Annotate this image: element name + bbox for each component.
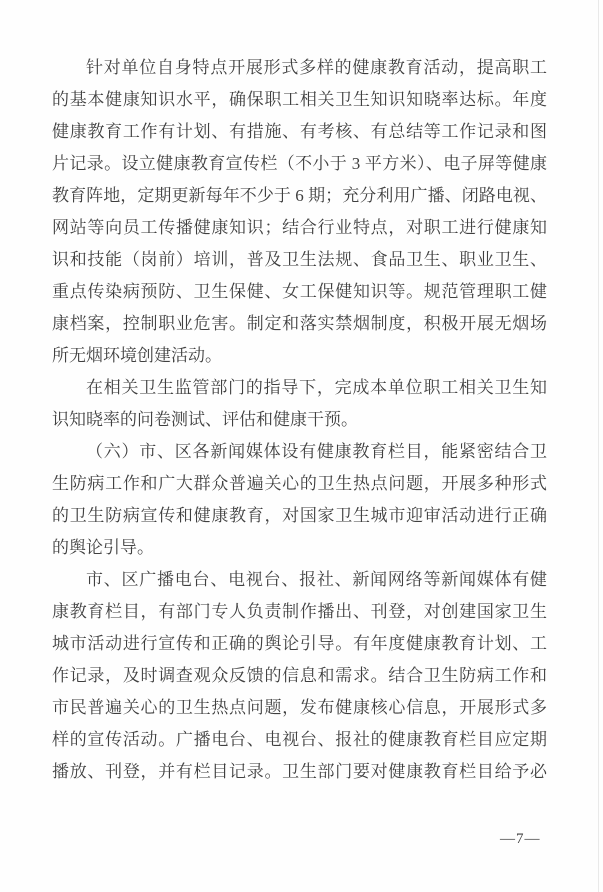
text-line: 教育阵地，定期更新每年不少于 6 期；充分利用广播、闭路电视、 xyxy=(52,180,547,212)
page-number: —7— xyxy=(500,827,541,851)
text-line: 市、区广播电台、电视台、报社、新闻网络等新闻媒体有健 xyxy=(52,564,547,596)
text-line: 的卫生防病宣传和健康教育，对国家卫生城市迎审活动进行正确 xyxy=(52,500,547,532)
paragraph: 在相关卫生监管部门的指导下，完成本单位职工相关卫生知识知晓率的问卷测试、评估和健… xyxy=(52,372,547,436)
text-line: 康档案，控制职业危害。制定和落实禁烟制度，积极开展无烟场 xyxy=(52,308,547,340)
paragraph: （六）市、区各新闻媒体设有健康教育栏目，能紧密结合卫生防病工作和广大群众普遍关心… xyxy=(52,436,547,564)
text-line: 的基本健康知识水平，确保职工相关卫生知识知晓率达标。年度 xyxy=(52,84,547,116)
text-line: （六）市、区各新闻媒体设有健康教育栏目，能紧密结合卫 xyxy=(52,436,547,468)
text-line: 网站等向员工传播健康知识；结合行业特点，对职工进行健康知 xyxy=(52,212,547,244)
text-line: 片记录。设立健康教育宣传栏（不小于 3 平方米）、电子屏等健康 xyxy=(52,148,547,180)
text-line: 识知晓率的问卷测试、评估和健康干预。 xyxy=(52,404,547,436)
text-line: 城市活动进行宣传和正确的舆论引导。有年度健康教育计划、工 xyxy=(52,628,547,660)
text-line: 播放、刊登，并有栏目记录。卫生部门要对健康教育栏目给予必 xyxy=(52,756,547,788)
text-line: 在相关卫生监管部门的指导下，完成本单位职工相关卫生知 xyxy=(52,372,547,404)
text-line: 重点传染病预防、卫生保健、女工保健知识等。规范管理职工健 xyxy=(52,276,547,308)
text-line: 生防病工作和广大群众普遍关心的卫生热点问题，开展多种形式 xyxy=(52,468,547,500)
text-line: 作记录，及时调查观众反馈的信息和需求。结合卫生防病工作和 xyxy=(52,660,547,692)
document-page: 针对单位自身特点开展形式多样的健康教育活动，提高职工的基本健康知识水平，确保职工… xyxy=(0,0,603,892)
text-line: 康教育栏目，有部门专人负责制作播出、刊登，对创建国家卫生 xyxy=(52,596,547,628)
text-line: 市民普遍关心的卫生热点问题，发布健康核心信息，开展形式多 xyxy=(52,692,547,724)
text-line: 所无烟环境创建活动。 xyxy=(52,340,547,372)
text-line: 识和技能（岗前）培训，普及卫生法规、食品卫生、职业卫生、 xyxy=(52,244,547,276)
text-line: 健康教育工作有计划、有措施、有考核、有总结等工作记录和图 xyxy=(52,116,547,148)
paragraph: 针对单位自身特点开展形式多样的健康教育活动，提高职工的基本健康知识水平，确保职工… xyxy=(52,52,547,372)
scan-edge-artifact xyxy=(598,0,599,892)
text-line: 的舆论引导。 xyxy=(52,532,547,564)
document-body: 针对单位自身特点开展形式多样的健康教育活动，提高职工的基本健康知识水平，确保职工… xyxy=(52,52,547,788)
text-line: 针对单位自身特点开展形式多样的健康教育活动，提高职工 xyxy=(52,52,547,84)
paragraph: 市、区广播电台、电视台、报社、新闻网络等新闻媒体有健康教育栏目，有部门专人负责制… xyxy=(52,564,547,788)
text-line: 样的宣传活动。广播电台、电视台、报社的健康教育栏目应定期 xyxy=(52,724,547,756)
